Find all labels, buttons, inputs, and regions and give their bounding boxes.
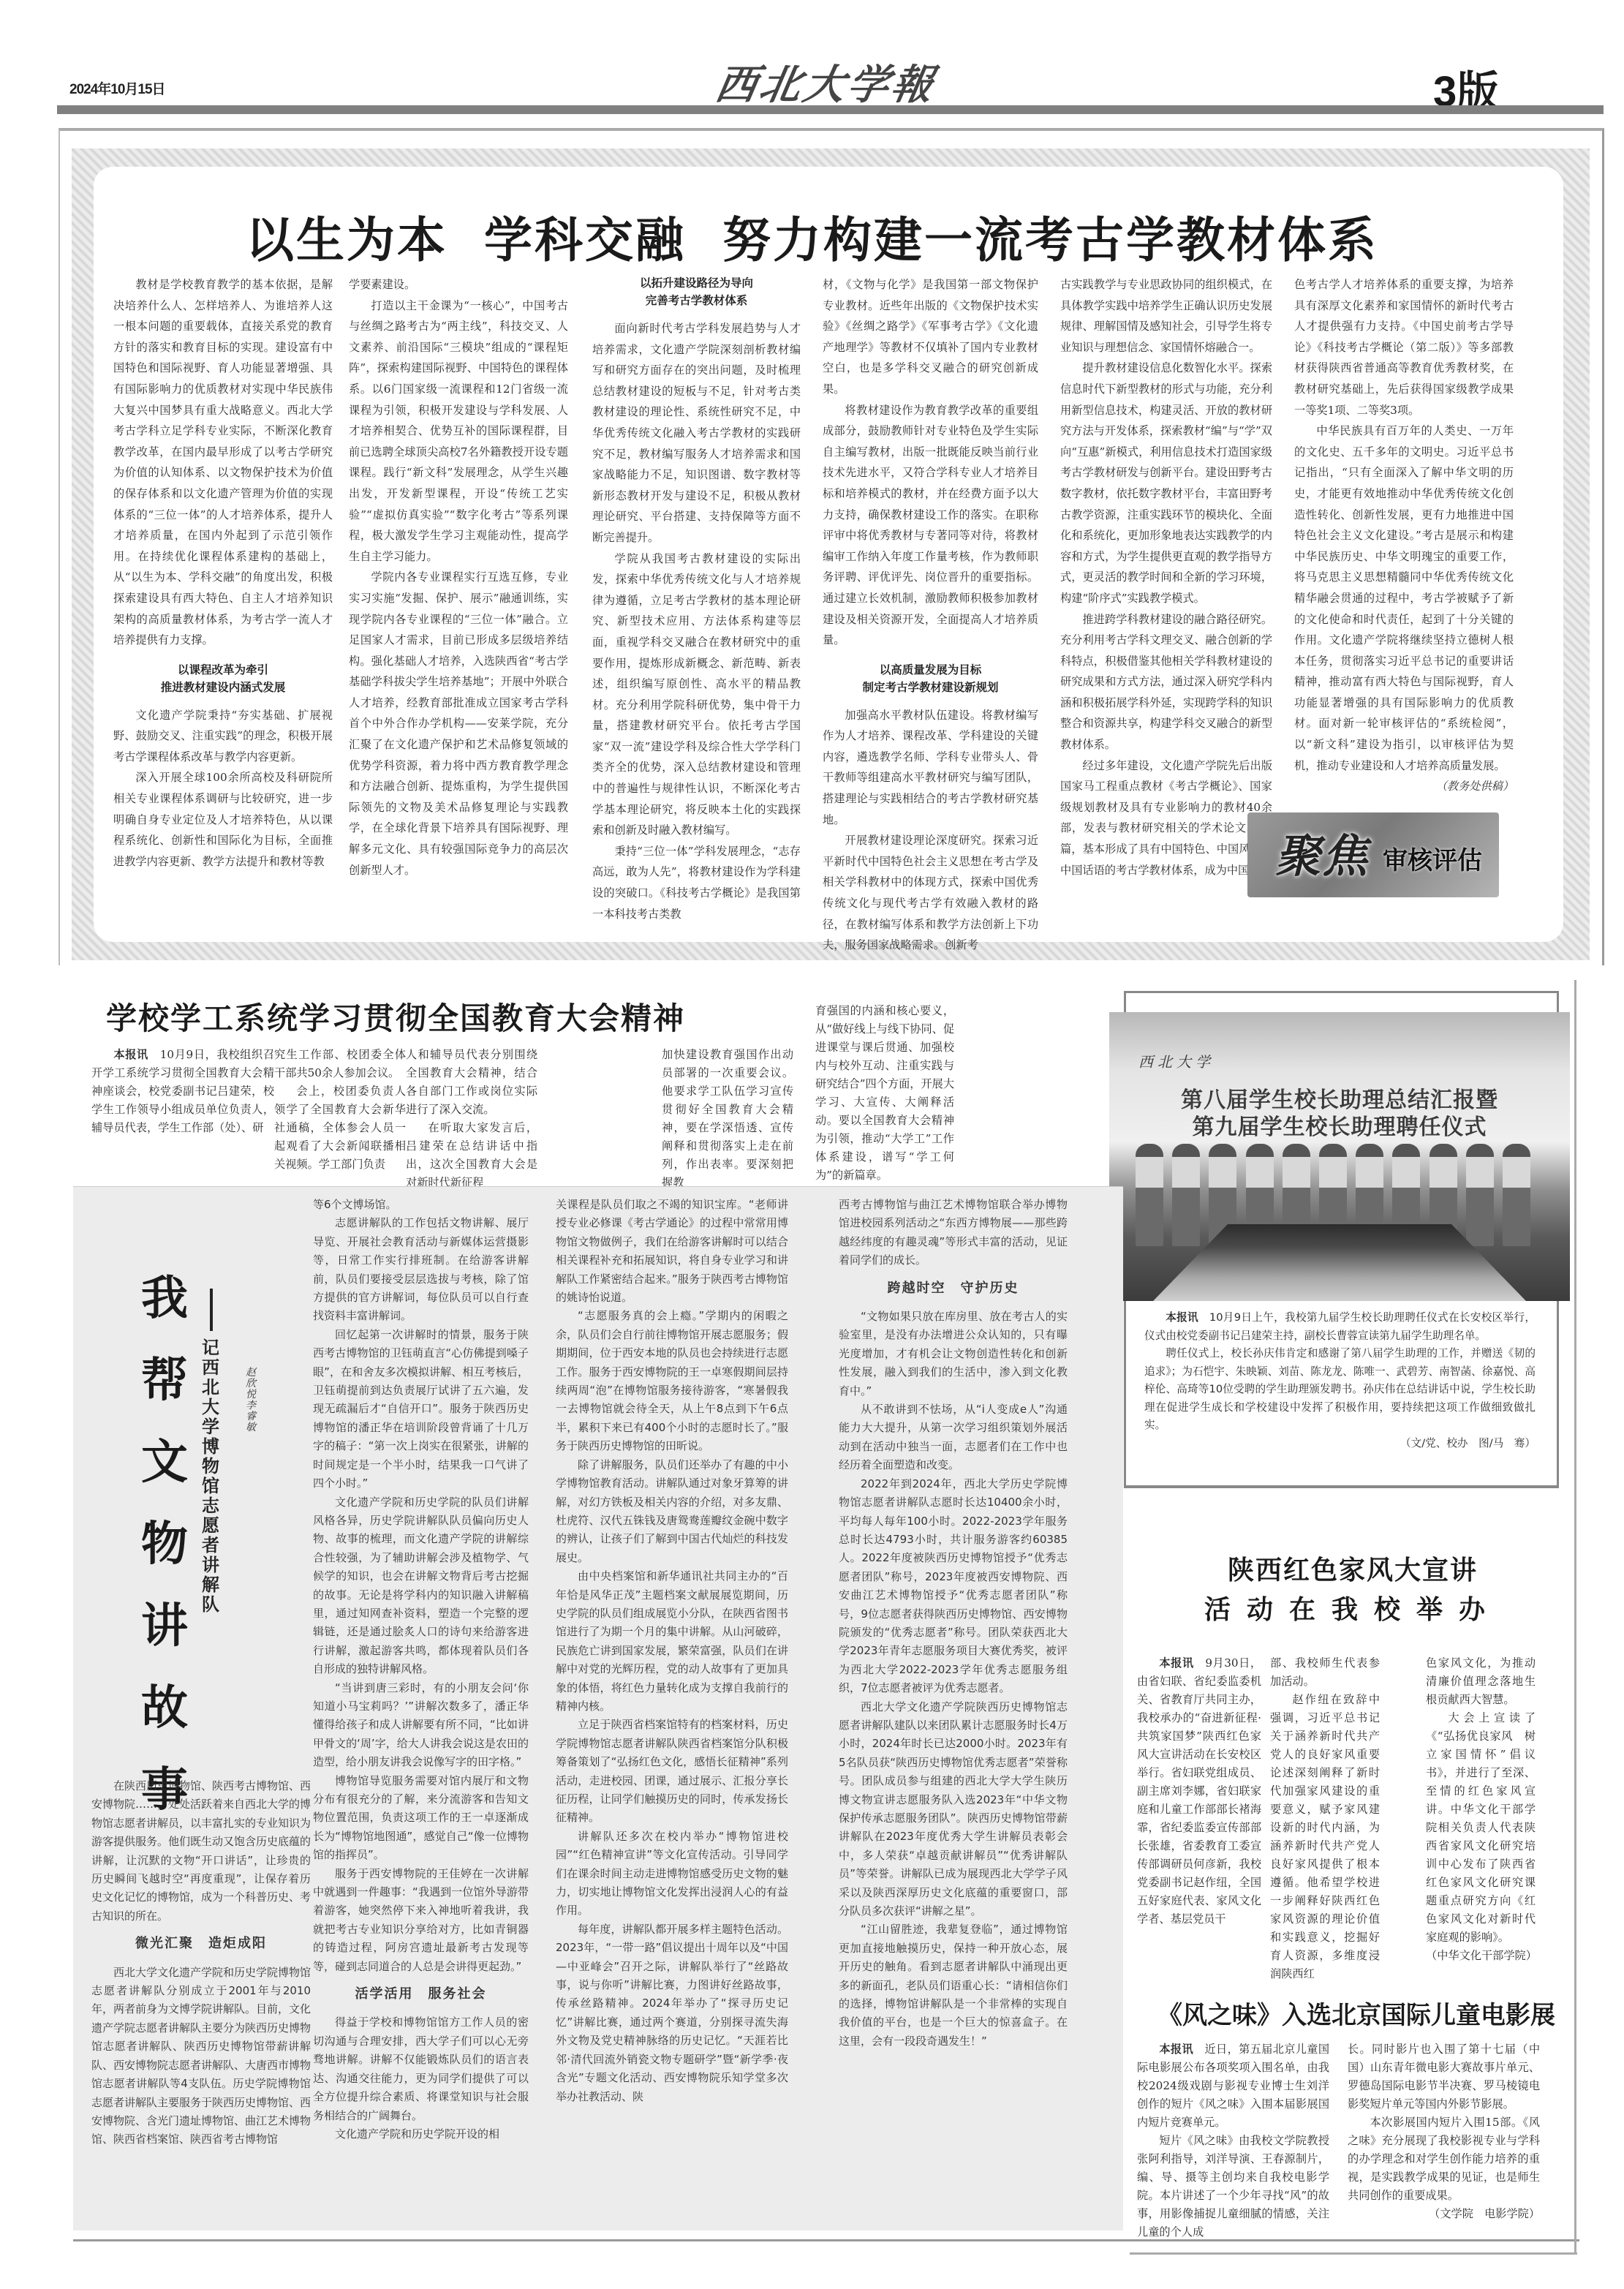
person-figure	[1503, 1144, 1530, 1246]
title-char: 物	[139, 1504, 190, 1585]
masthead-divider	[57, 105, 1604, 114]
article-column: 在陕西历史博物馆、陕西考古博物馆、西安博物院……，处处活跃着来自西北大学的博物馆…	[91, 1777, 311, 2149]
article-column: 本报讯 近日，第五届北京儿童国际电影展公布各项奖项入围名单，由我校2024级戏剧…	[1137, 2040, 1329, 2241]
article-column: 加快建设教育强国作出动员部署的一次重要会议。他要求学工队伍学习宣传贯彻好全国教育…	[662, 1046, 793, 1192]
paragraph: 究生工作部、校团委全体干部共50余人参加会议。	[274, 1046, 406, 1082]
paragraph-text: 9月30日，由省妇联、省纪委监委机关、省教育厅共同主办，我校承办的“奋进新征程·…	[1137, 1656, 1261, 1926]
section-subhead: 活学活用 服务社会	[313, 1985, 529, 2003]
paragraph: 本报讯 10月9日上午，我校第九届学生校长助理聘任仪式在长安校区举行，仪式由校党…	[1144, 1309, 1536, 1345]
paragraph: 会上，校团委负责人领学了全国教育大会新华社通稿，全体参会人员一起观看了大会新闻联…	[274, 1082, 406, 1174]
paragraph: 打造以主干金课为“一核心”，中国考古与丝绸之路考古为“两主线”，科技交叉、人文素…	[349, 295, 568, 567]
paragraph: 学院从我国考古教材建设的实际出发，探索中华优秀传统文化与人才培养规律为遵循，立足…	[592, 548, 801, 841]
section-subhead: 跨越时空 守护历史	[839, 1279, 1068, 1297]
paragraph: 聘任仪式上，校长孙庆伟肯定和感谢了第八届学生助理的工作，并赠送《韧的追求》；为石…	[1144, 1345, 1536, 1435]
subhead-line: 以拓升建设路径为导向	[592, 274, 801, 292]
paragraph: 每年度，讲解队都开展多样主题特色活动。2023年，“一带一路”倡议提出十周年以及…	[556, 1920, 788, 2106]
title-char: 故	[139, 1667, 190, 1749]
article-column: 古实践教学与专业思政协同的组织模式，在具体教学实践中培养学生正确认识历史发展规律…	[1060, 274, 1272, 880]
subhead-line: 以课程改革为牵引	[113, 661, 333, 679]
credit-text: （教务处供稿）	[1436, 776, 1514, 797]
feature-authors: 赵欣悦 李睿敏	[243, 1368, 258, 1433]
paragraph: 部、我校师生代表参加活动。	[1270, 1654, 1380, 1691]
lead-label: 本报讯	[1166, 1311, 1198, 1324]
paragraph: 色家风文化，为推动清廉价值理念落地生根贡献西大智慧。	[1426, 1654, 1536, 1709]
article-column: 西考古博物馆与曲江艺术博物馆联合举办博物馆进校园系列活动之“东西方博物展——那些…	[839, 1196, 1068, 2051]
paragraph: 关课程是队员们取之不竭的知识宝库。“老师讲授专业必修课《考古学通论》的过程中常常…	[556, 1196, 788, 1307]
article-credit: （文/党、校办 图/马 骞）	[1144, 1435, 1536, 1453]
subhead-line: 完善考古学教材体系	[592, 292, 801, 309]
paragraph: 短片《风之味》由我校文学院教授张阿利指导，刘洋导演、王春源制片，编、导、摄等主创…	[1137, 2132, 1329, 2241]
credit-text: （文/党、校办 图/马 骞）	[1400, 1437, 1536, 1449]
paragraph: 2022年到2024年，西北大学历史学院博物馆志愿者讲解队志愿时长达10400余…	[839, 1475, 1068, 1698]
article-column: 长。同时影片也入围了第十七届（中国）山东青年微电影大赛故事片单元、罗德岛国际电影…	[1348, 2040, 1540, 2223]
section-subhead: 以拓升建设路径为导向 完善考古学教材体系	[592, 274, 801, 309]
headline-line: 活动在我校举办	[1130, 1590, 1576, 1629]
paragraph: 学要素建设。	[349, 274, 568, 295]
paragraph: 本报讯 9月30日，由省妇联、省纪委监委机关、省教育厅共同主办，我校承办的“奋进…	[1137, 1654, 1261, 1928]
paragraph: 除了讲解服务，队员们还举办了有趣的中小学博物馆教育活动。讲解队通过对象牙算筹的讲…	[556, 1456, 788, 1567]
paragraph: 材，《文物与化学》是我国第一部文物保护专业教材。近些年出版的《文物保护技术实验》…	[823, 274, 1038, 400]
paragraph: 本报讯 近日，第五届北京儿童国际电影展公布各项奖项入围名单，由我校2024级戏剧…	[1137, 2040, 1329, 2132]
paragraph: 本报讯 10月9日，我校组织召开学工系统学习贯彻全国教育大会精神座谈会，校党委副…	[91, 1046, 274, 1137]
subtitle-dash	[210, 1289, 213, 1331]
paragraph: 等6个文博场馆。	[313, 1196, 529, 1214]
article-column: 以拓升建设路径为导向 完善考古学教材体系 面向新时代考古学科发展趋势与人才培养需…	[592, 274, 801, 924]
issue-date: 2024年10月15日	[69, 78, 165, 98]
paragraph: 博物馆导览服务需要对馆内展厅和文物分布有很充分的了解，来分流游客和告知文物位置范…	[313, 1772, 529, 1865]
subhead-line: 以高质量发展为目标	[823, 661, 1038, 679]
article-credit: （文学院 电影学院）	[1348, 2205, 1540, 2223]
paragraph: 西北大学文化遗产学院和历史学院博物馆志愿者讲解队分别成立于2001年与2010年…	[91, 1964, 311, 2149]
headline-part: 努力构建一流考古学教材体系	[722, 212, 1378, 268]
badge-focus-label: 聚焦	[1275, 820, 1369, 885]
article-headline: 学校学工系统学习贯彻全国教育大会精神	[106, 995, 685, 1038]
person-figure	[1172, 1144, 1200, 1246]
paragraph: 秉持“三位一体”学科发展理念，“志存高远，敢为人先”，将教材建设作为学科建设的突…	[592, 841, 801, 924]
paragraph: 色考古学人才培养体系的重要支撑，为培养具有深厚文化素养和家国情怀的新时代考古人才…	[1294, 274, 1514, 421]
paragraph: 在听取大家发言后，吕建荣在总结讲话中指出，这次全国教育大会是对新时代新征程	[406, 1119, 537, 1192]
section-subhead: 微光汇聚 造炬成阳	[91, 1934, 311, 1953]
paragraph: 面向新时代考古学科发展趋势与人才培养需求，文化遗产学院深刻剖析教材编写和研究方面…	[592, 318, 801, 548]
photo-caption: 本报讯 10月9日上午，我校第九届学生校长助理聘任仪式在长安校区举行，仪式由校党…	[1144, 1309, 1536, 1452]
focus-audit-badge: 聚焦 审核评估	[1247, 812, 1499, 897]
paragraph: 人和辅导员代表分别围绕全国教育大会精神，结合各自部门工作或岗位实际进行了深入交流…	[406, 1046, 537, 1119]
title-char: 文	[139, 1422, 190, 1504]
paragraph: 育强国的内涵和核心要义，从“做好线上与线下协同、促进课堂与课后贯通、加强校内与校…	[815, 1002, 954, 1185]
section-border	[1574, 980, 1576, 2252]
article-column: 究生工作部、校团委全体干部共50余人参加会议。 会上，校团委负责人领学了全国教育…	[274, 1046, 406, 1174]
section-divider	[73, 2239, 1579, 2241]
paragraph: 西北大学文化遗产学院陕西历史博物馆志愿者讲解队建队以来团队累计志愿服务时长4万小…	[839, 1698, 1068, 1921]
paragraph: 大会上宣读了《“弘扬优良家风 树立家国情怀”倡议书》，并进行了至深、至情的红色家…	[1426, 1709, 1536, 1947]
lead-label: 本报讯	[113, 1048, 148, 1061]
article-column: 部、我校师生代表参加活动。 赵作纽在致辞中强调，习近平总书记关于涵养新时代共产党…	[1270, 1654, 1380, 1983]
paragraph: 回忆起第一次讲解时的情景，服务于陕西考古博物馆的卫钰萌直言“心仿佛提到嗓子眼”，…	[313, 1326, 529, 1493]
feature-vertical-subtitle: 记西北大学博物馆志愿者讲解队	[197, 1338, 224, 1615]
person-figure	[1136, 1144, 1163, 1246]
section-subhead: 以高质量发展为目标 制定考古学教材建设新规划	[823, 661, 1038, 696]
person-figure	[1466, 1144, 1494, 1246]
title-char: 我	[139, 1258, 190, 1340]
paragraph: “志愿服务真的会上瘾。”学期内的闲暇之余，队员们会自行前往博物馆开展志愿服务；假…	[556, 1307, 788, 1455]
article-headline: 陕西红色家风大宣讲 活动在我校举办	[1130, 1550, 1576, 1629]
article-headline: 以生为本学科交融努力构建一流考古学教材体系	[0, 201, 1624, 271]
paragraph: “当讲到唐三彩时，有的小朋友会问‘你知道小马宝莉吗？’”讲解次数多了，潘正华懂得…	[313, 1679, 529, 1772]
article-column: 关课程是队员们取之不竭的知识宝库。“老师讲授专业必修课《考古学通论》的过程中常常…	[556, 1196, 788, 2106]
article-credit: （中华文化干部学院）	[1426, 1947, 1536, 1965]
article-column: 本报讯 9月30日，由省妇联、省纪委监委机关、省教育厅共同主办，我校承办的“奋进…	[1137, 1654, 1261, 1928]
paragraph: 开展教材建设理论深度研究。探索习近平新时代中国特色社会主义思想在考古学及相关学科…	[823, 830, 1038, 956]
paragraph: 文化遗产学院和历史学院开设的相	[313, 2125, 529, 2143]
badge-topic-label: 审核评估	[1383, 840, 1482, 876]
section-border	[1130, 2252, 1577, 2255]
lead-label: 本报讯	[1159, 2043, 1193, 2056]
paragraph: 长。同时影片也入围了第十七届（中国）山东青年微电影大赛故事片单元、罗德岛国际电影…	[1348, 2040, 1540, 2113]
headline-part: 学科交融	[484, 212, 686, 268]
paragraph: 西考古博物馆与曲江艺术博物馆联合举办博物馆进校园系列活动之“东西方博物展——那些…	[839, 1196, 1068, 1270]
paragraph: 本次影展国内短片入围15部。《风之味》充分展现了我校影视专业与学科的办学理念和对…	[1348, 2113, 1540, 2205]
paragraph: 教材是学校教育教学的基本依据，是解决培养什么人、怎样培养人、为谁培养人这一根本问…	[113, 274, 333, 651]
paragraph: 加快建设教育强国作出动员部署的一次重要会议。他要求学工队伍学习宣传贯彻好全国教育…	[662, 1046, 793, 1192]
lead-label: 本报讯	[1159, 1656, 1193, 1670]
title-char: 讲	[139, 1585, 190, 1667]
title-char: 帮	[139, 1340, 190, 1422]
article-column: 材，《文物与化学》是我国第一部文物保护专业教材。近些年出版的《文物保护技术实验》…	[823, 274, 1038, 956]
paragraph: 文化遗产学院和历史学院的队员们讲解风格各异，历史学院讲解队队员偏向历史人物、故事…	[313, 1493, 529, 1679]
article-column: 等6个文博场馆。 志愿讲解队的工作包括文物讲解、展厅导览、开展社会教育活动与新媒…	[313, 1196, 529, 2143]
article-headline: 《风之味》入选北京国际儿童电影展	[1130, 1995, 1583, 2031]
paragraph: 中华民族具有百万年的人类史、一万年的文化史、五千多年的文明史。习近平总书记指出，…	[1294, 421, 1514, 776]
section-subhead: 以课程改革为牵引 推进教材建设内涵式发展	[113, 661, 333, 696]
screen-logo: 西北大学	[1138, 1050, 1215, 1071]
newspaper-logo: 西北大学報	[711, 53, 941, 111]
paragraph: 讲解队还多次在校内举办“博物馆进校园”“红色精神宣讲”等文化宣传活动。引导同学们…	[556, 1828, 788, 1920]
subhead-line: 制定考古学教材建设新规划	[823, 679, 1038, 696]
feature-vertical-title: 我 帮 文 物 讲 故 事	[139, 1258, 190, 1831]
headline-line: 陕西红色家风大宣讲	[1130, 1550, 1576, 1590]
paragraph: 经过多年建设，文化遗产学院先后出版国家马工程重点教材《考古学概论》、国家级规划教…	[1060, 755, 1272, 881]
paragraph: 在陕西历史博物馆、陕西考古博物馆、西安博物院……，处处活跃着来自西北大学的博物馆…	[91, 1777, 311, 1926]
ceremony-photo: 西北大学 第八届学生校长助理总结汇报暨 第九届学生校长助理聘任仪式	[1109, 1012, 1570, 1301]
article-column: 色考古学人才培养体系的重要支撑，为培养具有深厚文化素养和家国情怀的新时代考古人才…	[1294, 274, 1514, 797]
paragraph: 推进跨学科教材建设的融合路径研究。充分利用考古学科文理交叉、融合创新的学科特点，…	[1060, 609, 1272, 755]
paragraph: 文化遗产学院秉持“夯实基础、扩展视野、鼓励交叉、注重实践”的理念，积极开展考古学…	[113, 705, 333, 768]
paragraph: 学院内各专业课程实行互选互修，专业实习实施“发掘、保护、展示”融通训练，实现学院…	[349, 567, 568, 880]
article-column: 学要素建设。 打造以主干金课为“一核心”，中国考古与丝绸之路考古为“两主线”，科…	[349, 274, 568, 880]
paragraph: 古实践教学与专业思政协同的组织模式，在具体教学实践中培养学生正确认识历史发展规律…	[1060, 274, 1272, 358]
paragraph: 志愿讲解队的工作包括文物讲解、展厅导览、开展社会教育活动与新媒体运营摄影等，日常…	[313, 1214, 529, 1325]
credit-text: （文学院 电影学院）	[1429, 2207, 1540, 2220]
paragraph: 加强高水平教材队伍建设。将教材编写作为人才培养、课程改革、学科建设的关键内容，遴…	[823, 705, 1038, 831]
article-column: 教材是学校教育教学的基本依据，是解决培养什么人、怎样培养人、为谁培养人这一根本问…	[113, 274, 333, 872]
article-column: 育强国的内涵和核心要义，从“做好线上与线下协同、促进课堂与课后贯通、加强校内与校…	[815, 1002, 954, 1203]
paragraph: 将教材建设作为教育教学改革的重要组成部分，鼓励教师针对专业特色及学生实际自主编写…	[823, 400, 1038, 651]
article-column: 本报讯 10月9日，我校组织召开学工系统学习贯彻全国教育大会精神座谈会，校党委副…	[91, 1046, 274, 1137]
credit-text: （中华文化干部学院）	[1426, 1949, 1537, 1962]
paragraph-text: 10月9日上午，我校第九届学生校长助理聘任仪式在长安校区举行，仪式由校党委副书记…	[1144, 1311, 1536, 1342]
subhead-line: 推进教材建设内涵式发展	[113, 679, 333, 696]
paragraph: 从不敢讲到不怯场，从“i人变成e人”沟通能力大大提升，从第一次学习组织策划外展活…	[839, 1400, 1068, 1475]
screen-banner-line: 第九届学生校长助理聘任仪式	[1109, 1109, 1570, 1141]
paragraph: “文物如果只放在库房里、放在考古人的实验室里，是没有办法增进公众认知的，只有曝光…	[839, 1308, 1068, 1400]
paragraph: 赵作纽在致辞中强调，习近平总书记关于涵养新时代共产党人的良好家风重要论述深刻阐释…	[1270, 1691, 1380, 1983]
paragraph: “江山留胜迹，我辈复登临”，通过博物馆更加直接地触摸历史，保持一种开放心态，展开…	[839, 1920, 1068, 2051]
article-column: 色家风文化，为推动清廉价值理念落地生根贡献西大智慧。 大会上宣读了《“弘扬优良家…	[1426, 1654, 1536, 1965]
headline-part: 以生为本	[246, 212, 447, 268]
paragraph: 由中央档案馆和新华通讯社共同主办的“百年恰是风华正茂”主题档案文献展展览期间，历…	[556, 1567, 788, 1716]
paragraph: 立足于陕西省档案馆特有的档案材料，历史学院博物馆志愿者讲解队陕西省档案馆分队积极…	[556, 1716, 788, 1827]
paragraph: 得益于学校和博物馆馆方工作人员的密切沟通与合理安排，西大学子们可以心无旁骛地讲解…	[313, 2013, 529, 2124]
article-column: 人和辅导员代表分别围绕全国教育大会精神，结合各自部门工作或岗位实际进行了深入交流…	[406, 1046, 537, 1192]
paragraph: 提升教材建设信息化数智化水平。探索信息时代下新型教材的形式与功能，充分利用新型信…	[1060, 358, 1272, 608]
paragraph: 深入开展全球100余所高校及科研院所相关专业课程体系调研与比较研究，进一步明确自…	[113, 767, 333, 872]
paragraph: 服务于西安博物院的王佳婷在一次讲解中就遇到一件趣事：“我遇到一位馆外导游带着游客…	[313, 1865, 529, 1976]
